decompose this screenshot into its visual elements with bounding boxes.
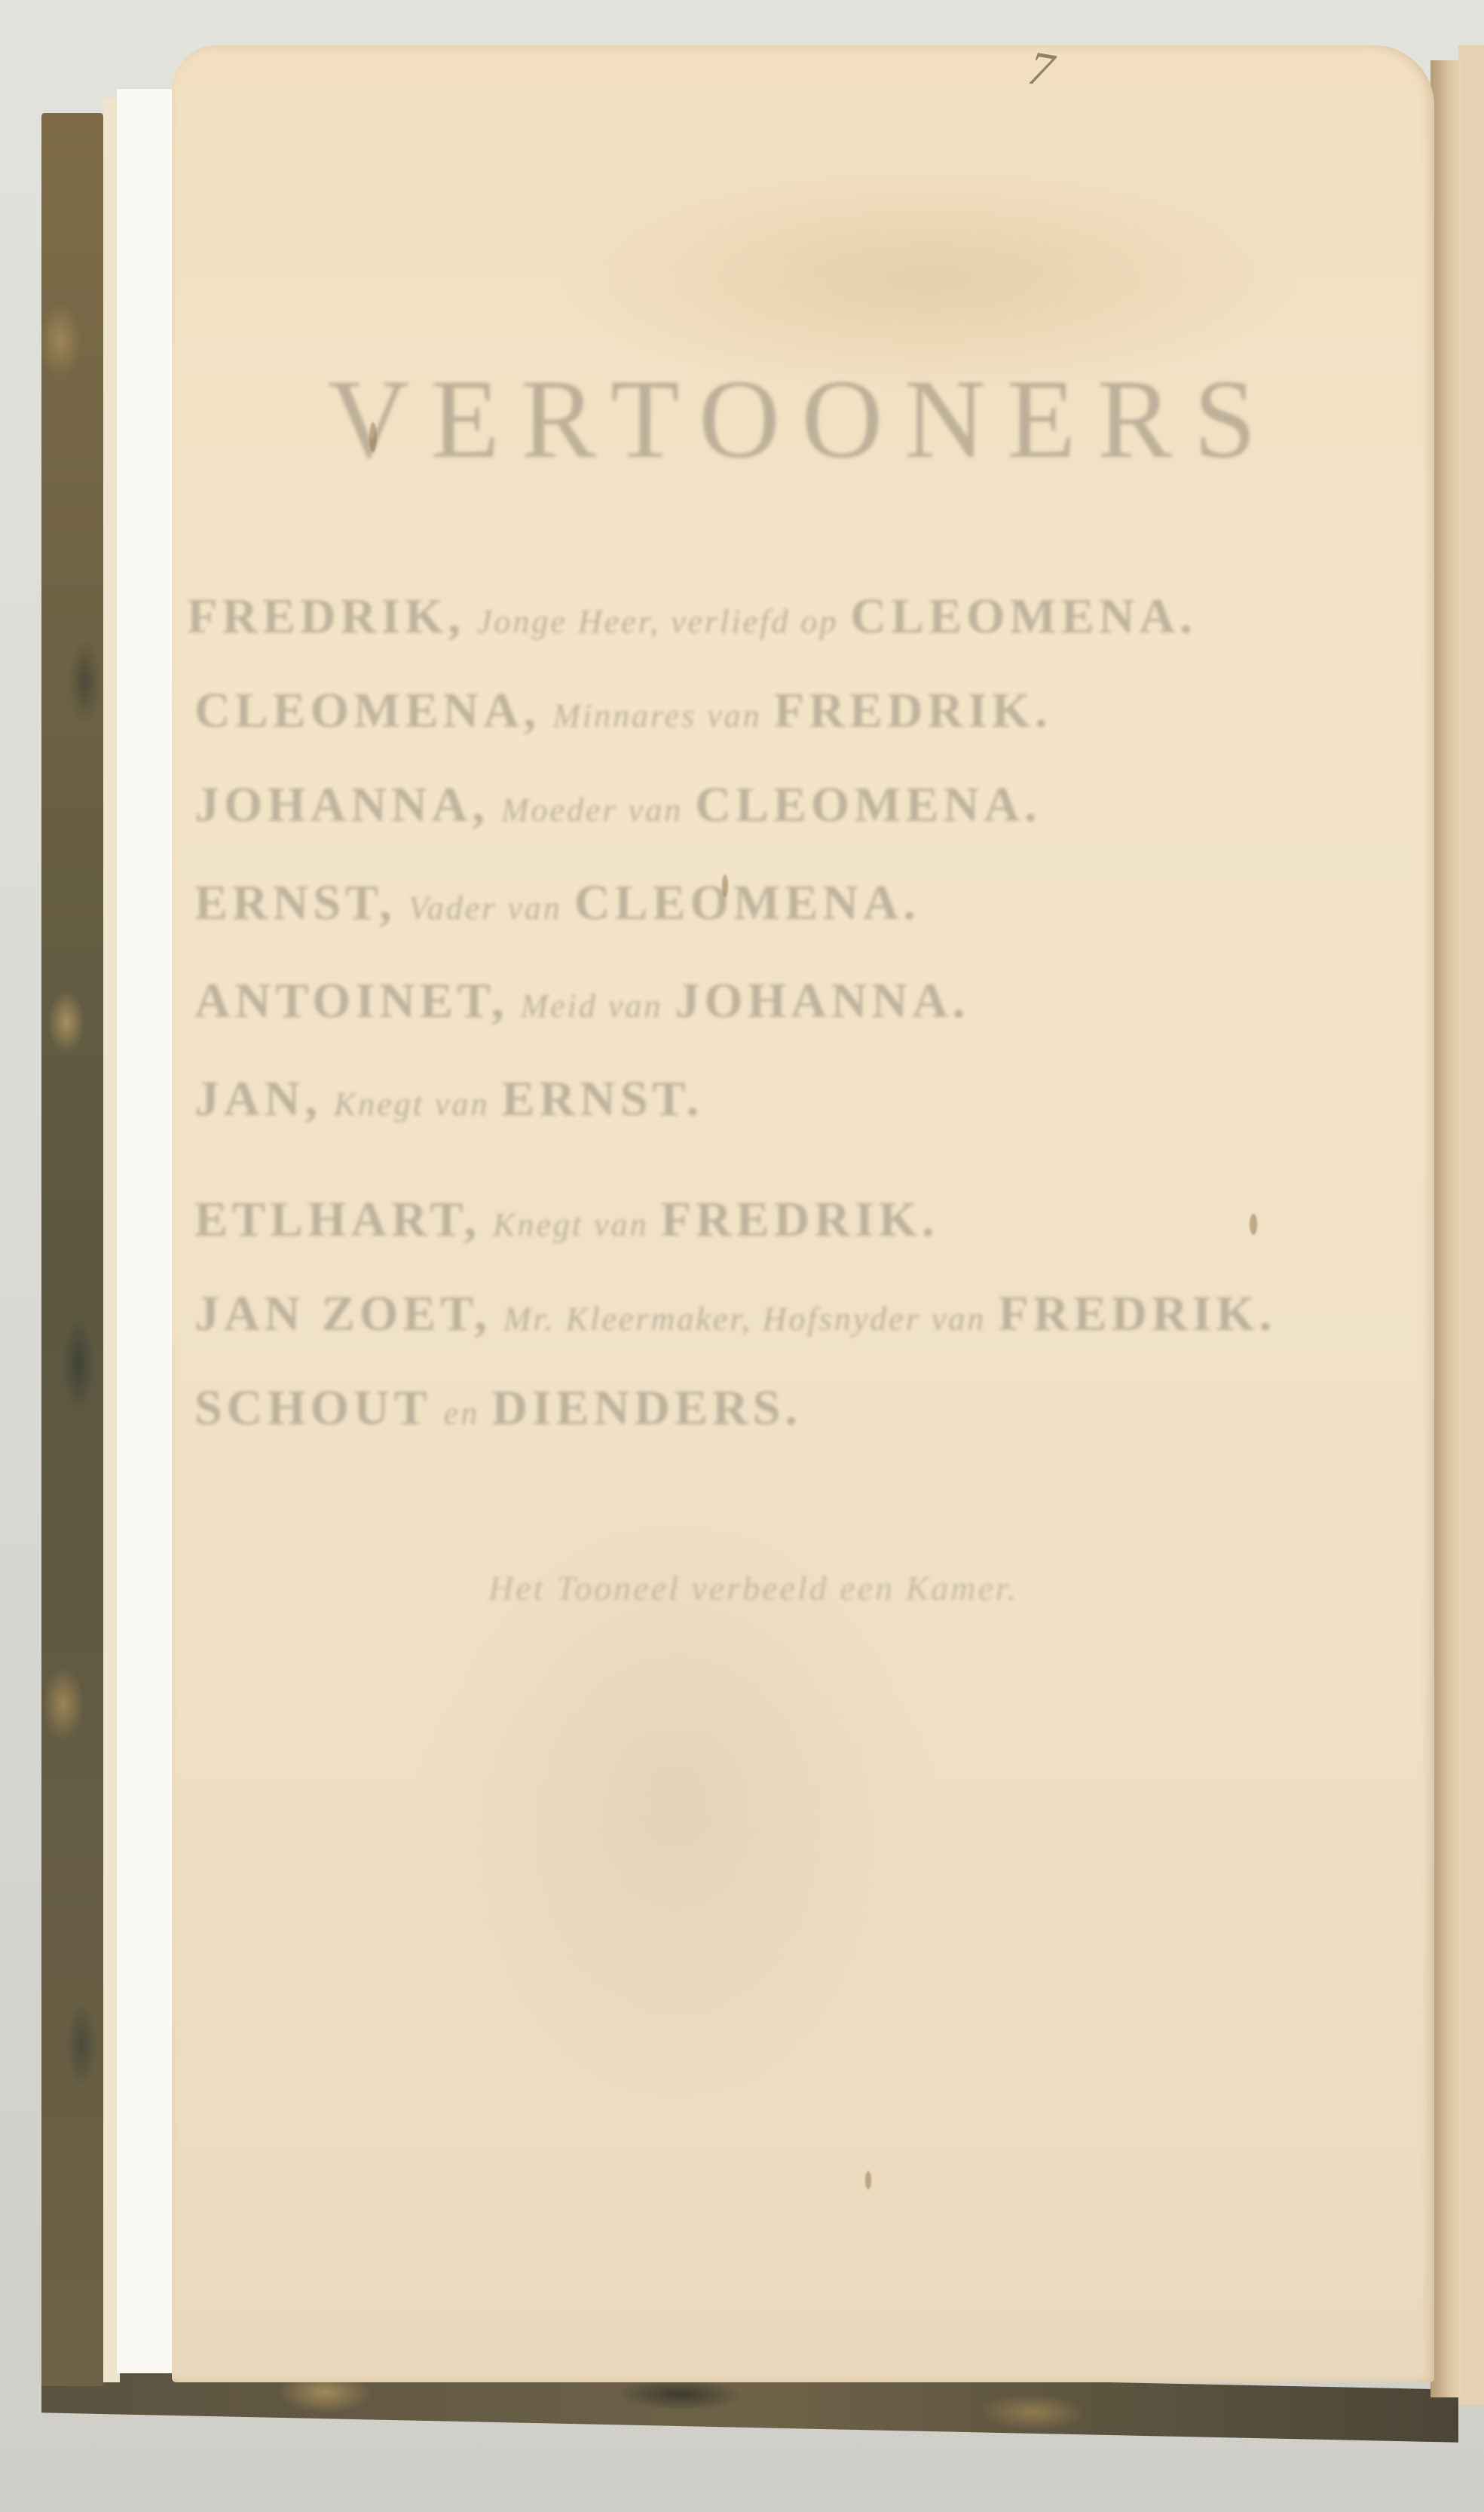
cast-ref: JOHANNA. <box>675 973 969 1028</box>
cast-role: Minnares van <box>552 697 762 734</box>
cast-ref: ERNST. <box>501 1071 703 1126</box>
cast-ref: FREDRIK. <box>661 1192 939 1247</box>
cast-role: Knegt van <box>334 1086 490 1123</box>
next-page-edge <box>1458 45 1484 2405</box>
cast-name: ANTOINET, <box>194 973 508 1028</box>
cast-line: FREDRIK,Jonge Heer, verliefd opCLEOMENA. <box>187 588 1197 645</box>
cast-ref: CLEOMENA. <box>695 777 1041 832</box>
cast-line: JOHANNA,Moeder vanCLEOMENA. <box>194 777 1041 834</box>
cast-role: Meid van <box>520 988 662 1025</box>
cast-name: JAN ZOET, <box>194 1286 491 1341</box>
marbled-binding-spine <box>41 113 103 2386</box>
cast-name: ERNST, <box>194 875 396 930</box>
cast-line: JAN,Knegt vanERNST. <box>194 1071 703 1128</box>
cast-name: FREDRIK, <box>187 589 465 644</box>
cast-role: Moeder van <box>501 792 683 829</box>
cast-line: ERNST,Vader vanCLEOMENA. <box>194 875 920 932</box>
cast-line: CLEOMENA,Minnares vanFREDRIK. <box>194 682 1052 740</box>
cast-role: Mr. Kleermaker, Hofsnyder van <box>503 1300 987 1337</box>
cast-line: ETLHART,Knegt vanFREDRIK. <box>194 1191 939 1248</box>
cast-line: JAN ZOET,Mr. Kleermaker, Hofsnyder vanFR… <box>194 1285 1276 1343</box>
cast-name: SCHOUT <box>194 1380 432 1435</box>
paper-stain <box>865 2171 871 2189</box>
cast-ref: CLEOMENA. <box>574 875 920 930</box>
cast-ref: FREDRIK. <box>774 683 1052 738</box>
cast-role: Knegt van <box>493 1206 649 1243</box>
paper-stain <box>1250 1214 1257 1235</box>
cast-ref: CLEOMENA. <box>850 589 1196 644</box>
white-insert-sheet <box>117 89 173 2373</box>
cast-ref: FREDRIK. <box>998 1286 1276 1341</box>
cast-role: en <box>444 1395 480 1432</box>
page-gutter-shadow <box>1430 60 1461 2397</box>
cast-name: ETLHART, <box>194 1192 481 1247</box>
cast-ref: DIENDERS. <box>491 1380 802 1435</box>
page-heading: VERTOONERS <box>317 354 1289 484</box>
cast-name: CLEOMENA, <box>194 683 540 738</box>
cast-line: ANTOINET,Meid vanJOHANNA. <box>194 973 969 1030</box>
cast-line: SCHOUTenDIENDERS. <box>194 1380 802 1437</box>
cast-name: JAN, <box>194 1071 322 1126</box>
cast-role: Vader van <box>408 890 562 927</box>
scene-note: Het Tooneel verbeeld een Kamer. <box>488 1568 1018 1608</box>
cast-role: Jonge Heer, verliefd op <box>477 603 839 640</box>
cast-name: JOHANNA, <box>194 777 489 832</box>
